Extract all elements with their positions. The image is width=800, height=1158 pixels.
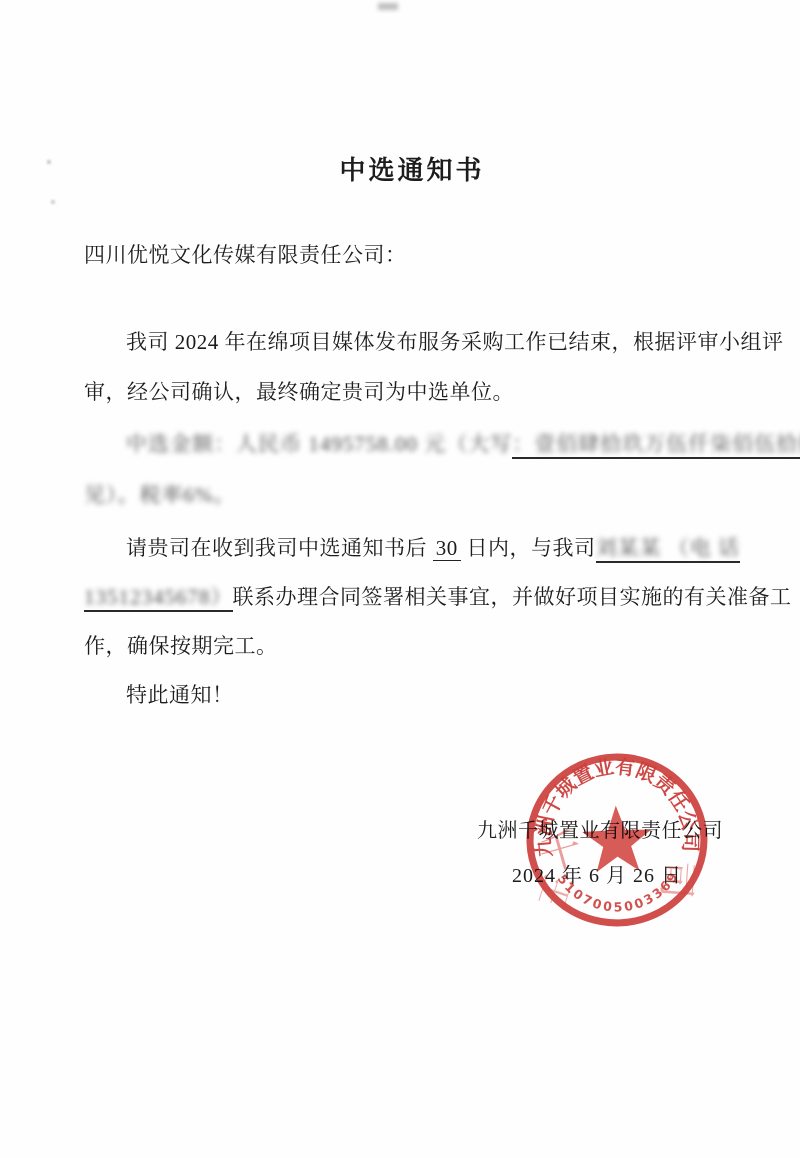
- paragraph-text: 我司 2024 年在绵项目媒体发布服务采购工作已结束，根据评审小组评: [126, 330, 784, 354]
- paragraph-text: 联系办理合同签署相关事宜，并做好项目实施的有关准备工: [233, 585, 792, 609]
- tax-line-redacted: 见）。税率6%。: [84, 480, 734, 510]
- scan-speck: [47, 160, 51, 164]
- paragraph-text: 作，确保按期完工。: [84, 634, 278, 658]
- stamp-ghost-mark: 司: [654, 859, 699, 900]
- paragraph1-line1: 我司 2024 年在绵项目媒体发布服务采购工作已结束，根据评审小组评: [84, 327, 776, 357]
- redacted-amount-words: ：壹佰肆拾玖万伍仟柒佰伍拾捌: [512, 432, 800, 457]
- redacted-contact-name: 刘某某 （电 话: [596, 536, 741, 561]
- closing-line: 特此通知！: [84, 680, 776, 710]
- closing-text: 特此通知！: [126, 683, 234, 707]
- company-seal-stamp: 九洲千城置业有限责任公司 5107005003369 千 王 司: [517, 747, 717, 936]
- addressee-line: 四川优悦文化传媒有限责任公司：: [84, 240, 734, 270]
- redacted-underlined-segment: ：壹佰肆拾玖万伍仟柒佰伍拾捌: [512, 432, 800, 459]
- paragraph-text: 请贵司在收到我司中选通知书后: [126, 536, 433, 560]
- stamp-star-icon: [581, 804, 652, 872]
- paragraph3-line2: 13512345678）联系办理合同签署相关事宜，并做好项目实施的有关准备工: [84, 582, 734, 612]
- document-title: 中选通知书: [339, 150, 484, 187]
- scan-artifact-top: [378, 3, 398, 10]
- paragraph-text: 审，经公司确认，最终确定贵司为中选单位。: [84, 380, 514, 404]
- redacted-underlined-segment: 刘某某 （电 话: [596, 536, 741, 563]
- paragraph-text: 日内，与我司: [461, 536, 596, 560]
- redacted-amount-text: 中选金额：人民币 1495758.00 元（大写: [126, 432, 512, 456]
- redacted-phone-number: 13512345678）: [84, 585, 233, 610]
- paragraph3-line3: 作，确保按期完工。: [84, 631, 734, 661]
- amount-line-redacted: 中选金额：人民币 1495758.00 元（大写：壹佰肆拾玖万伍仟柒佰伍拾捌: [84, 429, 776, 459]
- redacted-underlined-segment: 13512345678）: [84, 585, 233, 612]
- days-number-underlined: 30: [433, 536, 461, 561]
- addressee-text: 四川优悦文化传媒有限责任公司：: [84, 243, 407, 267]
- paragraph3-line1: 请贵司在收到我司中选通知书后 30 日内，与我司刘某某 （电 话: [84, 533, 776, 563]
- redacted-tax-text: 见）。税率6%。: [84, 483, 236, 507]
- paragraph1-line2: 审，经公司确认，最终确定贵司为中选单位。: [84, 377, 734, 407]
- scan-speck: [51, 200, 55, 204]
- scanned-notice-document: 中选通知书 四川优悦文化传媒有限责任公司： 我司 2024 年在绵项目媒体发布服…: [0, 0, 800, 1158]
